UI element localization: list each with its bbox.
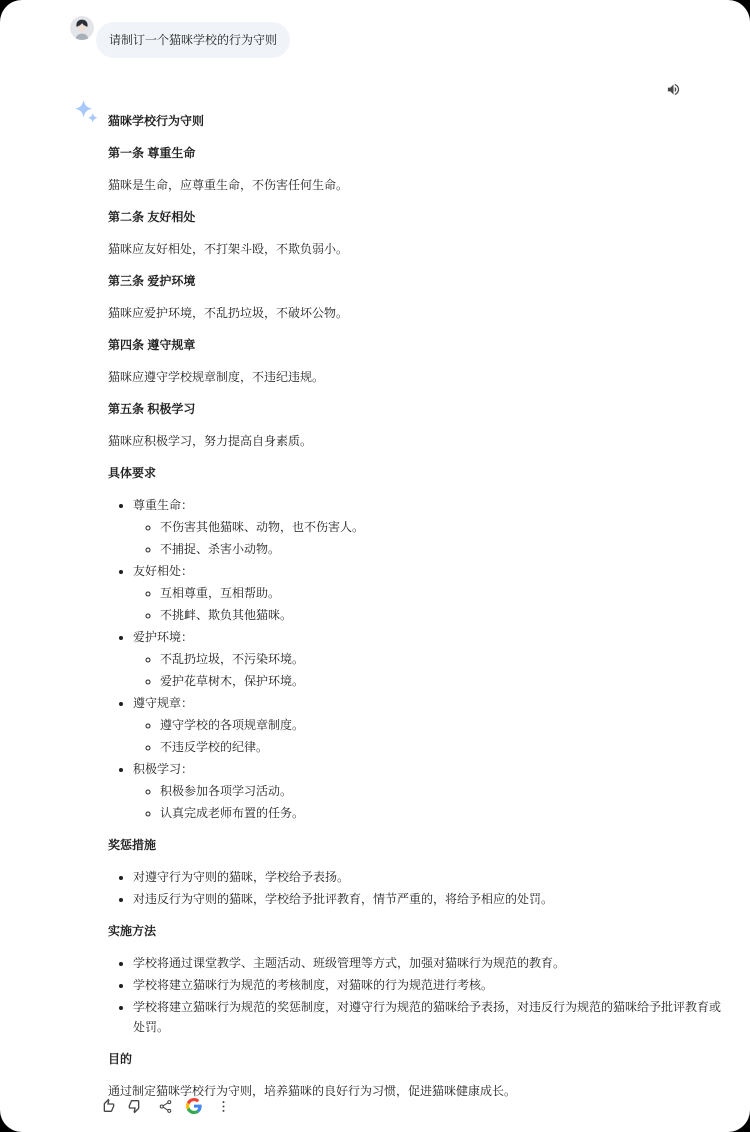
speaker-icon <box>666 82 681 97</box>
share-icon <box>158 1099 173 1114</box>
response-title: 猫咪学校行为守则 <box>108 111 726 131</box>
response-content: 猫咪学校行为守则 第一条 尊重生命 猫咪是生命，应尊重生命，不伤害任何生命。 第… <box>0 111 750 1101</box>
section-heading-implementation: 实施方法 <box>108 921 726 941</box>
google-search-button[interactable] <box>186 1094 202 1118</box>
implementation-item: 学校将建立猫咪行为规范的考核制度，对猫咪的行为规范进行考核。 <box>133 975 726 995</box>
response-toolbar <box>99 1094 231 1118</box>
requirement-subitem: 互相尊重，互相帮助。 <box>160 583 726 603</box>
requirement-item: 爱护环境： 不乱扔垃圾，不污染环境。 爱护花草树木，保护环境。 <box>133 627 726 691</box>
more-options-button[interactable] <box>215 1094 231 1118</box>
rewards-list: 对遵守行为守则的猫咪，学校给予表扬。 对违反行为守则的猫咪，学校给予批评教育，情… <box>108 867 726 909</box>
requirement-label: 爱护环境： <box>133 630 193 644</box>
reward-item: 对遵守行为守则的猫咪，学校给予表扬。 <box>133 867 726 887</box>
article-body: 猫咪应积极学习，努力提高自身素质。 <box>108 431 726 451</box>
user-message-bubble: 请制订一个猫咪学校的行为守则 <box>96 22 290 58</box>
article-heading: 第三条 爱护环境 <box>108 271 726 291</box>
requirement-subitem: 不违反学校的纪律。 <box>160 737 726 757</box>
requirement-subitem: 不挑衅、欺负其他猫咪。 <box>160 605 726 625</box>
requirement-subitem: 积极参加各项学习活动。 <box>160 781 726 801</box>
reward-item: 对违反行为守则的猫咪，学校给予批评教育，情节严重的，将给予相应的处罚。 <box>133 889 726 909</box>
requirement-subitem: 不伤害其他猫咪、动物，也不伤害人。 <box>160 517 726 537</box>
user-avatar <box>70 16 94 40</box>
user-avatar-image <box>70 16 94 40</box>
requirement-sublist: 遵守学校的各项规章制度。 不违反学校的纪律。 <box>133 715 726 757</box>
requirement-subitem: 不捕捉、杀害小动物。 <box>160 539 726 559</box>
article-heading: 第二条 友好相处 <box>108 207 726 227</box>
thumbs-down-icon <box>128 1098 144 1114</box>
requirement-label: 友好相处： <box>133 564 193 578</box>
listen-button[interactable] <box>662 78 684 100</box>
requirement-item: 积极学习： 积极参加各项学习活动。 认真完成老师布置的任务。 <box>133 759 726 823</box>
requirement-subitem: 不乱扔垃圾，不污染环境。 <box>160 649 726 669</box>
article-heading: 第一条 尊重生命 <box>108 143 726 163</box>
requirement-sublist: 不伤害其他猫咪、动物，也不伤害人。 不捕捉、杀害小动物。 <box>133 517 726 559</box>
share-button[interactable] <box>157 1094 173 1118</box>
user-message-row: 请制订一个猫咪学校的行为守则 <box>70 16 726 58</box>
requirement-label: 遵守规章： <box>133 696 193 710</box>
implementation-item: 学校将通过课堂教学、主题活动、班级管理等方式，加强对猫咪行为规范的教育。 <box>133 953 726 973</box>
section-heading-rewards: 奖惩措施 <box>108 835 726 855</box>
requirement-label: 尊重生命： <box>133 498 193 512</box>
requirement-sublist: 不乱扔垃圾，不污染环境。 爱护花草树木，保护环境。 <box>133 649 726 691</box>
requirement-sublist: 积极参加各项学习活动。 认真完成老师布置的任务。 <box>133 781 726 823</box>
google-logo-icon <box>186 1098 202 1114</box>
article-body: 猫咪是生命，应尊重生命，不伤害任何生命。 <box>108 175 726 195</box>
requirements-list: 尊重生命： 不伤害其他猫咪、动物，也不伤害人。 不捕捉、杀害小动物。 友好相处：… <box>108 495 726 823</box>
section-heading-purpose: 目的 <box>108 1049 726 1069</box>
section-heading-requirements: 具体要求 <box>108 463 726 483</box>
article-heading: 第四条 遵守规章 <box>108 335 726 355</box>
requirement-label: 积极学习： <box>133 762 193 776</box>
like-button[interactable] <box>99 1094 115 1118</box>
gemini-sparkle-icon <box>73 99 100 126</box>
chat-window: 请制订一个猫咪学校的行为守则 猫咪学校行为守则 第一条 尊重生命 猫咪是生命，应… <box>0 0 750 1132</box>
requirement-item: 遵守规章： 遵守学校的各项规章制度。 不违反学校的纪律。 <box>133 693 726 757</box>
dislike-button[interactable] <box>128 1094 144 1118</box>
thumbs-up-icon <box>99 1098 115 1114</box>
requirement-sublist: 互相尊重，互相帮助。 不挑衅、欺负其他猫咪。 <box>133 583 726 625</box>
article-body: 猫咪应友好相处，不打架斗殴，不欺负弱小。 <box>108 239 726 259</box>
requirement-subitem: 爱护花草树木，保护环境。 <box>160 671 726 691</box>
requirement-item: 友好相处： 互相尊重，互相帮助。 不挑衅、欺负其他猫咪。 <box>133 561 726 625</box>
article-body: 猫咪应爱护环境，不乱扔垃圾，不破坏公物。 <box>108 303 726 323</box>
implementation-item: 学校将建立猫咪行为规范的奖惩制度，对遵守行为规范的猫咪给予表扬，对违反行为规范的… <box>133 997 726 1037</box>
requirement-subitem: 遵守学校的各项规章制度。 <box>160 715 726 735</box>
article-heading: 第五条 积极学习 <box>108 399 726 419</box>
more-vertical-icon <box>216 1099 231 1114</box>
implementation-list: 学校将通过课堂教学、主题活动、班级管理等方式，加强对猫咪行为规范的教育。 学校将… <box>108 953 726 1037</box>
requirement-subitem: 认真完成老师布置的任务。 <box>160 803 726 823</box>
requirement-item: 尊重生命： 不伤害其他猫咪、动物，也不伤害人。 不捕捉、杀害小动物。 <box>133 495 726 559</box>
article-body: 猫咪应遵守学校规章制度，不违纪违规。 <box>108 367 726 387</box>
